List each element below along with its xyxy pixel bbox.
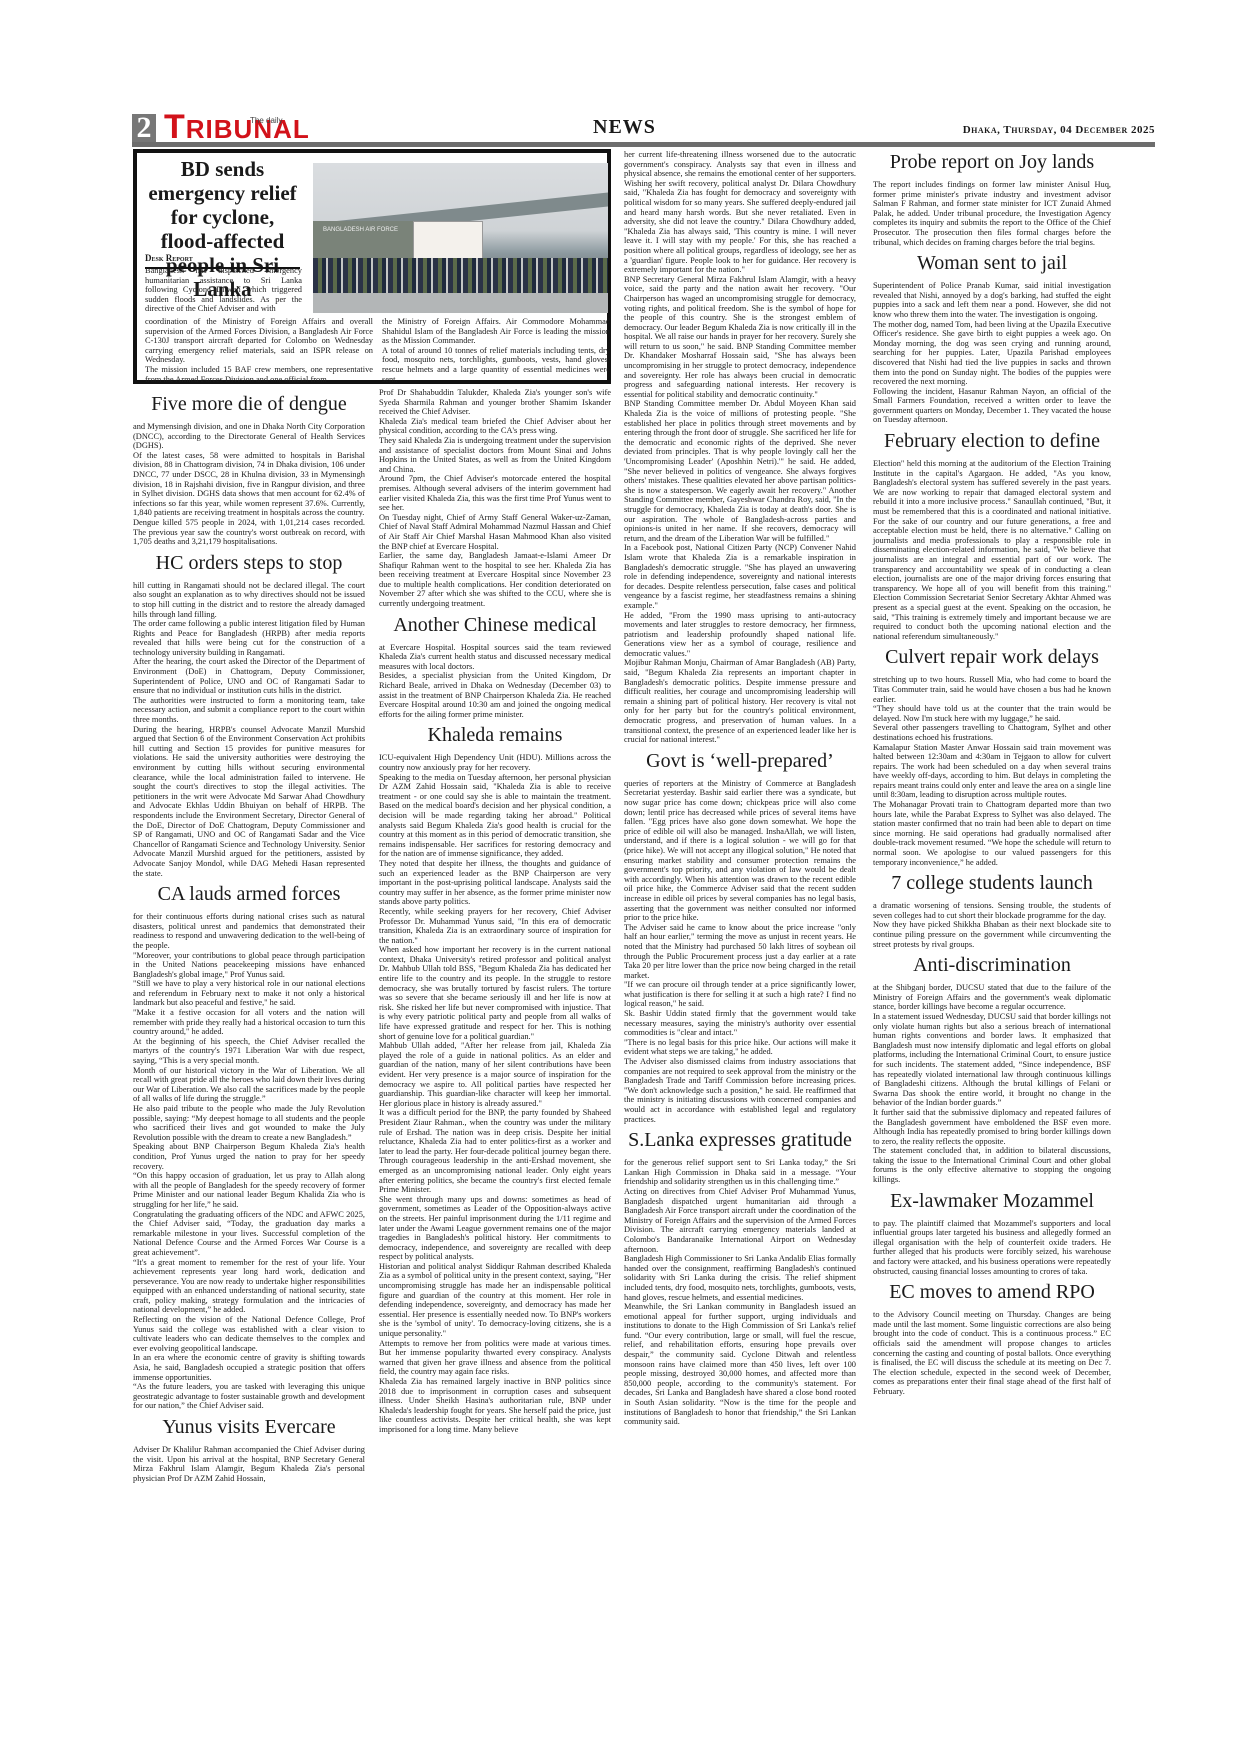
paragraph: Bangladesh has dispatched emergency huma… (145, 266, 302, 314)
paragraph: at Evercare Hospital. Hospital sources s… (379, 643, 611, 672)
paragraph: The Adviser said he came to know about t… (624, 923, 856, 981)
aircraft-label: BANGLADESH AIR FORCE (323, 227, 398, 233)
paragraph: the Ministry of Foreign Affairs. Air Com… (382, 317, 610, 346)
article-headline: February election to define (873, 429, 1111, 453)
article-headline: Anti-discrimination (873, 953, 1111, 977)
article-headline: HC orders steps to stop (133, 551, 365, 575)
paragraph: She went through many ups and downs: som… (379, 1195, 611, 1262)
article-chinese-medical: Another Chinese medical at Evercare Hosp… (379, 613, 611, 720)
paragraph: Sk. Bashir Uddin stated firmly that the … (624, 1009, 856, 1038)
lead-body-col2: the Ministry of Foreign Affairs. Air Com… (382, 317, 610, 384)
paragraph: In a statement issued Wednesday, DUCSU s… (873, 1012, 1111, 1108)
paragraph: "If we can procure oil through tender at… (624, 980, 856, 1009)
article-dengue: Five more die of dengue and Mymensingh d… (133, 392, 365, 547)
article-headline: Probe report on Joy lands (873, 150, 1111, 174)
paragraph: Acting on directives from Chief Adviser … (624, 1187, 856, 1254)
article-khaleda-remains: Khaleda remains ICU-equivalent High Depe… (379, 723, 611, 1434)
paragraph: queries of reporters at the Ministry of … (624, 779, 856, 923)
paragraph: Following the incident, Hasanur Rahman N… (873, 387, 1111, 425)
article-headline: Ex-lawmaker Mozammel (873, 1189, 1111, 1213)
paragraph: Month of our historical victory in the W… (133, 1066, 365, 1104)
article-yunus-visits: Yunus visits Evercare Adviser Dr Khalilu… (133, 1415, 365, 1483)
article-headline: Woman sent to jail (873, 251, 1111, 275)
paragraph: He added, "From the 1990 mass uprising t… (624, 611, 856, 659)
article-yunus-visits-continued: Prof Dr Shahabuddin Talukder, Khaleda Zi… (379, 388, 611, 609)
paragraph: BNP Secretary General Mirza Fakhrul Isla… (624, 275, 856, 400)
paragraph: The mother dog, named Tom, had been livi… (873, 320, 1111, 387)
article-slanka-gratitude: S.Lanka expresses gratitude for the gene… (624, 1128, 856, 1427)
paragraph: It further said that the submissive dipl… (873, 1108, 1111, 1146)
logo-name: RIBUNAL (186, 114, 310, 144)
paragraph: Prof Dr Shahabuddin Talukder, Khaleda Zi… (379, 388, 611, 417)
paragraph: Congratulating the graduating officers o… (133, 1210, 365, 1258)
paragraph: Speaking about BNP Chairperson Begum Kha… (133, 1142, 365, 1171)
paragraph: "Make it a festive occasion for all vote… (133, 1008, 365, 1037)
column-1: Five more die of dengue and Mymensingh d… (133, 388, 365, 1483)
paragraph: Adviser Dr Khalilur Rahman accompanied t… (133, 1445, 365, 1483)
paragraph: "Still we have to play a very historical… (133, 979, 365, 1008)
article-ca-lauds: CA lauds armed forces for their continuo… (133, 882, 365, 1411)
paragraph: In a Facebook post, National Citizen Par… (624, 543, 856, 610)
article-headline: EC moves to amend RPO (873, 1280, 1111, 1304)
paragraph: at the Shibganj border, DUCSU stated tha… (873, 983, 1111, 1012)
article-hc-orders: HC orders steps to stop hill cutting in … (133, 551, 365, 878)
paragraph: The Adviser also dismissed claims from i… (624, 1057, 856, 1124)
article-headline: CA lauds armed forces (133, 882, 365, 906)
paragraph: for their continuous efforts during nati… (133, 912, 365, 950)
article-headline: Another Chinese medical (379, 613, 611, 637)
paragraph: Reflecting on the vision of the National… (133, 1315, 365, 1353)
paragraph: The order came following a public intere… (133, 619, 365, 657)
paragraph: “As the future leaders, you are tasked w… (133, 1382, 365, 1411)
paragraph: Meanwhile, the Sri Lankan community in B… (624, 1302, 856, 1427)
paragraph: He also paid tribute to the people who m… (133, 1104, 365, 1142)
paragraph: for the generous relief support sent to … (624, 1158, 856, 1187)
article-headline: 7 college students launch (873, 871, 1111, 895)
article-woman-jail: Woman sent to jail Superintendent of Pol… (873, 251, 1111, 425)
paragraph: It was a difficult period for the BNP, t… (379, 1108, 611, 1194)
paragraph: ICU-equivalent High Dependency Unit (HDU… (379, 753, 611, 772)
article-khaleda-remains-continued: her current life-threatening illness wor… (624, 150, 856, 745)
article-headline: Khaleda remains (379, 723, 611, 747)
paragraph: The authorities were instructed to form … (133, 696, 365, 725)
article-govt-prepared: Govt is ‘well-prepared’ queries of repor… (624, 749, 856, 1124)
paragraph: Bangladesh High Commissioner to Sri Lank… (624, 1254, 856, 1302)
paragraph: The Mohanagar Provati train to Chattogra… (873, 800, 1111, 867)
photo-banner (413, 221, 483, 263)
lead-story-box: BD sends emergency relief for cyclone, f… (133, 149, 611, 384)
paragraph: Attempts to remove her from politics wer… (379, 1339, 611, 1377)
paragraph: They noted that despite her illness, the… (379, 859, 611, 907)
paragraph: to the Advisory Council meeting on Thurs… (873, 1310, 1111, 1396)
article-february-election: February election to define Election" he… (873, 429, 1111, 641)
logo-initial: T (164, 108, 186, 146)
column-4: Probe report on Joy lands The report inc… (873, 146, 1111, 1397)
paragraph: Khaleda Zia has remained largely inactiv… (379, 1377, 611, 1435)
paragraph: "There is no legal basis for this price … (624, 1038, 856, 1057)
paragraph: “They should have told us at the counter… (873, 704, 1111, 723)
paragraph: At the beginning of his speech, the Chie… (133, 1037, 365, 1066)
paragraph: stretching up to two hours. Russell Mia,… (873, 675, 1111, 704)
lead-body-intro: Bangladesh has dispatched emergency huma… (145, 266, 302, 314)
article-headline: Culvert repair work delays (873, 645, 1111, 669)
page-number: 2 (132, 114, 156, 142)
paragraph: “It's a great moment to remember for the… (133, 1258, 365, 1316)
paragraph: During the hearing, HRPB's counsel Advoc… (133, 725, 365, 879)
article-culvert-repair: Culvert repair work delays stretching up… (873, 645, 1111, 867)
photo-crowd (313, 258, 608, 293)
paragraph: “On this happy occasion of graduation, l… (133, 1171, 365, 1209)
masthead: 2 The daily TRIBUNAL NEWS Dhaka, Thursda… (132, 106, 1155, 146)
paragraph: They said Khaleda Zia is undergoing trea… (379, 436, 611, 474)
paragraph: Superintendent of Police Pranab Kumar, s… (873, 281, 1111, 319)
photo-tarmac (313, 293, 608, 313)
paragraph: Recently, while seeking prayers for her … (379, 907, 611, 945)
paragraph: Of the latest cases, 58 were admitted to… (133, 451, 365, 518)
article-headline: S.Lanka expresses gratitude (624, 1128, 856, 1152)
paragraph: Mojibur Rahman Monju, Chairman of Amar B… (624, 658, 856, 744)
article-headline: Govt is ‘well-prepared’ (624, 749, 856, 773)
article-anti-discrimination: Anti-discrimination at the Shibganj bord… (873, 953, 1111, 1184)
paragraph: The mission included 15 BAF crew members… (145, 365, 373, 384)
paragraph: On Tuesday night, Chief of Army Staff Ge… (379, 513, 611, 551)
paragraph: Speaking to the media on Tuesday afterno… (379, 773, 611, 859)
paragraph: a dramatic worsening of tensions. Sensin… (873, 901, 1111, 920)
article-ex-lawmaker: Ex-lawmaker Mozammel to pay. The plainti… (873, 1189, 1111, 1277)
paragraph: Election" held this morning at the audit… (873, 459, 1111, 641)
article-ec-rpo: EC moves to amend RPO to the Advisory Co… (873, 1280, 1111, 1396)
paragraph: A total of around 10 tonnes of relief ma… (382, 346, 610, 384)
paragraph: The report includes findings on former l… (873, 180, 1111, 247)
paragraph: When asked how important her recovery is… (379, 945, 611, 1041)
paragraph: coordination of the Ministry of Foreign … (145, 317, 373, 365)
paragraph: her current life-threatening illness wor… (624, 150, 856, 275)
dateline: Dhaka, Thursday, 04 December 2025 (963, 124, 1155, 136)
lead-body-col1: coordination of the Ministry of Foreign … (145, 317, 373, 384)
paragraph: hill cutting in Rangamati should not be … (133, 581, 365, 619)
article-headline: Yunus visits Evercare (133, 1415, 365, 1439)
section-title: NEWS (593, 116, 656, 139)
paragraph: Historian and political analyst Siddiqur… (379, 1262, 611, 1339)
paragraph: "Moreover, your contributions to global … (133, 951, 365, 980)
paragraph: Khaleda Zia's medical team briefed the C… (379, 417, 611, 436)
paragraph: Dengue killed 575 people in 2024, with 1… (133, 518, 365, 547)
column-2: Prof Dr Shahabuddin Talukder, Khaleda Zi… (379, 388, 611, 1435)
article-headline: Five more die of dengue (133, 392, 365, 416)
paragraph: In an era where the economic centre of g… (133, 1353, 365, 1382)
column-3: her current life-threatening illness wor… (624, 150, 856, 1427)
paragraph: Kamalapur Station Master Anwar Hossain s… (873, 743, 1111, 801)
paragraph: Now they have picked Shikkha Bhaban as t… (873, 920, 1111, 949)
paragraph: and Mymensingh division, and one in Dhak… (133, 422, 365, 451)
paragraph: to pay. The plaintiff claimed that Mozam… (873, 1219, 1111, 1277)
logo-tagline: The daily (250, 106, 282, 136)
paragraph: After the hearing, the court asked the D… (133, 657, 365, 695)
paragraph: The statement concluded that, in additio… (873, 1146, 1111, 1184)
paragraph: Several other passengers travelling to C… (873, 723, 1111, 742)
newspaper-logo: The daily TRIBUNAL (164, 112, 310, 142)
paragraph: Earlier, the same day, Bangladesh Jamaat… (379, 551, 611, 609)
paragraph: Besides, a specialist physician from the… (379, 671, 611, 719)
lead-photo: BANGLADESH AIR FORCE (313, 163, 608, 313)
paragraph: Mahbub Ullah added, "After her release f… (379, 1041, 611, 1108)
article-probe-report: Probe report on Joy lands The report inc… (873, 150, 1111, 247)
paragraph: BNP Standing Committee member Dr. Abdul … (624, 399, 856, 543)
article-college-students: 7 college students launch a dramatic wor… (873, 871, 1111, 949)
paragraph: Around 7pm, the Chief Adviser's motorcad… (379, 474, 611, 512)
